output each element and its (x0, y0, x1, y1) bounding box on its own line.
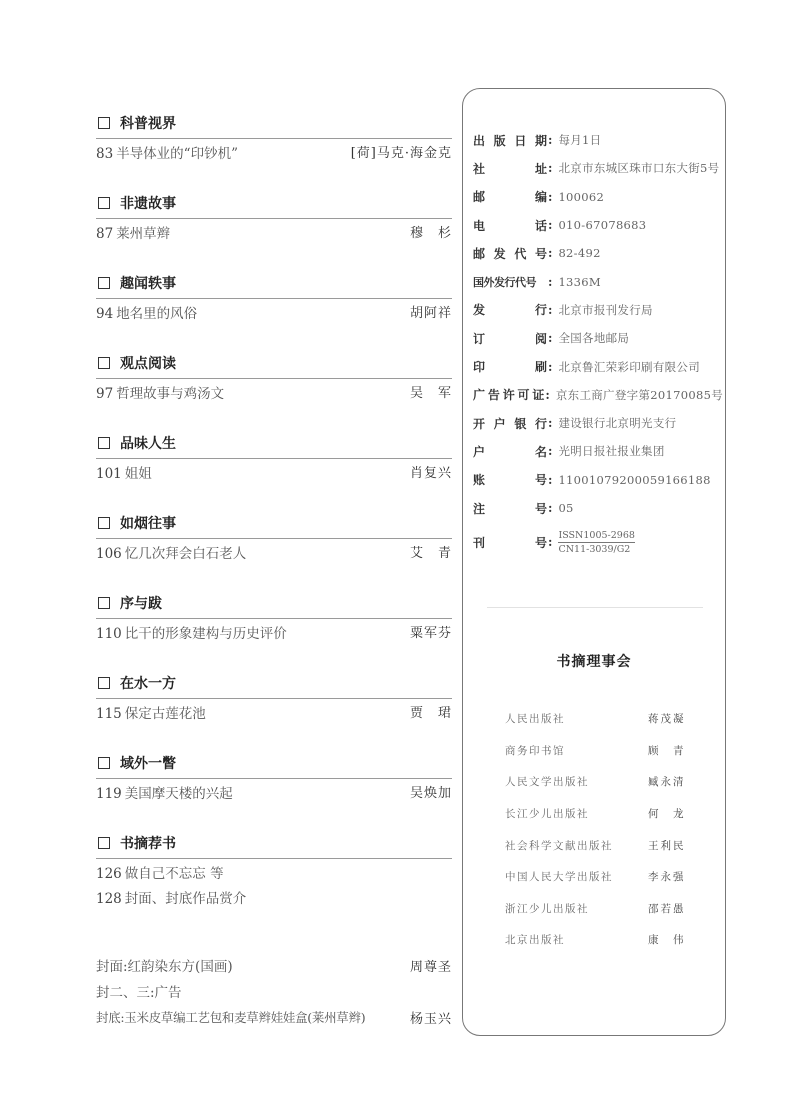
info-label-char: 址 (535, 160, 547, 177)
issn-cn-fraction: ISSN1005-2968CN11-3039/G2 (558, 530, 634, 555)
toc-section: 在水一方 115保定古莲花池贾 珺 (96, 672, 452, 724)
info-label-char: 开 (473, 415, 485, 432)
board-member-row: 北京出版社康 伟 (505, 924, 705, 956)
section-header: 在水一方 (96, 672, 452, 699)
info-colon: : (545, 388, 549, 402)
info-label-char: 邮 (473, 245, 485, 262)
toc-entry[interactable]: 101姐姐肖复兴 (96, 459, 452, 484)
table-of-contents: 科普视界 83半导体业的“印钞机”[荷]马克·海金克 非遗故事 87莱州草辫穆 … (96, 112, 452, 937)
info-label-char: 期 (535, 132, 547, 149)
board-member-row: 社会科学文献出版社王利民 (505, 829, 705, 861)
toc-section: 域外一瞥 119美国摩天楼的兴起吴焕加 (96, 752, 452, 804)
info-label: 电话 (473, 217, 547, 234)
info-label-char: 代 (514, 245, 526, 262)
entry-title: 忆几次拜会白石老人 (125, 546, 247, 562)
info-row: 账号:11001079200059166188 (473, 466, 723, 494)
info-row: 广告许可证:京东工商广登字第20170085号 (473, 381, 723, 409)
info-label-char: 订 (473, 330, 485, 347)
toc-section: 书摘荐书 126做自己不忘忘 等 128封面、封底作品赏介 (96, 832, 452, 909)
board-member-person: 王利民 (648, 838, 686, 853)
info-label-char: 户 (473, 443, 485, 460)
section-header: 品味人生 (96, 432, 452, 459)
info-label: 国外发行代号 (473, 274, 547, 290)
info-label: 邮编 (473, 188, 547, 205)
board-member-list: 人民出版社蒋茂凝商务印书馆顾 青人民文学出版社臧永清长江少儿出版社何 龙社会科学… (505, 703, 705, 956)
cover-credits: 封面:红韵染东方(国画)周尊圣 封二、三:广告 封底:玉米皮草编工艺包和麦草辫娃… (96, 952, 452, 1030)
section-title: 在水一方 (120, 673, 176, 693)
info-value: 010-67078683 (558, 218, 646, 232)
section-title: 非遗故事 (120, 193, 176, 213)
info-row: 注号:05 (473, 494, 723, 522)
section-header: 趣闻轶事 (96, 272, 452, 299)
info-label-char: 行 (535, 301, 547, 318)
info-value: 每月1日 (558, 132, 601, 148)
info-label-char: 银 (514, 415, 526, 432)
board-member-person: 顾 青 (648, 743, 686, 758)
info-row: 出版日期:每月1日 (473, 126, 723, 154)
page-number: 110 (96, 626, 122, 642)
entry-title: 姐姐 (125, 466, 152, 482)
info-label-char: 刷 (535, 358, 547, 375)
info-row: 国外发行代号:1336M (473, 267, 723, 295)
toc-entry[interactable]: 119美国摩天楼的兴起吴焕加 (96, 779, 452, 804)
info-value: 全国各地邮局 (558, 330, 629, 346)
info-colon: : (548, 275, 552, 289)
entry-author: [荷]马克·海金克 (351, 142, 452, 161)
board-member-row: 商务印书馆顾 青 (505, 735, 705, 767)
section-header: 非遗故事 (96, 192, 452, 219)
board-member-org: 浙江少儿出版社 (505, 901, 648, 916)
entry-title: 莱州草辫 (116, 226, 170, 242)
info-label-char: 账 (473, 471, 485, 488)
info-row-issn: 刊号:ISSN1005-2968CN11-3039/G2 (473, 522, 723, 562)
checkbox-square-icon (98, 277, 110, 289)
info-row: 印刷:北京鲁汇荣彩印刷有限公司 (473, 352, 723, 380)
toc-entry[interactable]: 126做自己不忘忘 等 (96, 859, 452, 884)
info-colon: : (548, 133, 552, 147)
info-colon: : (548, 360, 552, 374)
page-number: 126 (96, 866, 122, 882)
section-title: 域外一瞥 (120, 753, 176, 773)
toc-entry[interactable]: 94地名里的风俗胡阿祥 (96, 299, 452, 324)
credit-text: 封面:红韵染东方(国画) (96, 955, 233, 975)
info-row: 邮发代号:82-492 (473, 239, 723, 267)
board-member-org: 人民出版社 (505, 711, 648, 726)
entry-title: 半导体业的“印钞机” (116, 146, 238, 162)
info-label-char: 行 (535, 415, 547, 432)
info-label: 账号 (473, 471, 547, 488)
info-label-char: 话 (535, 217, 547, 234)
section-title: 趣闻轶事 (120, 273, 176, 293)
board-member-org: 长江少儿出版社 (505, 806, 648, 821)
info-label: 邮发代号 (473, 245, 547, 262)
info-label-char: 号 (535, 245, 547, 262)
board-member-org: 人民文学出版社 (505, 774, 648, 789)
info-label-char: 邮 (473, 188, 485, 205)
board-member-row: 浙江少儿出版社邵若愚 (505, 893, 705, 925)
info-value: 11001079200059166188 (558, 473, 710, 487)
toc-section: 非遗故事 87莱州草辫穆 杉 (96, 192, 452, 244)
checkbox-square-icon (98, 117, 110, 129)
entry-author: 胡阿祥 (410, 302, 452, 321)
info-label-char: 发 (494, 245, 506, 262)
toc-section: 科普视界 83半导体业的“印钞机”[荷]马克·海金克 (96, 112, 452, 164)
entry-author: 肖复兴 (410, 462, 452, 481)
credit-line: 封面:红韵染东方(国画)周尊圣 (96, 952, 452, 978)
info-label-char: 户 (494, 415, 506, 432)
info-value: 北京市报刊发行局 (558, 302, 652, 318)
info-value: 北京鲁汇荣彩印刷有限公司 (558, 359, 700, 375)
section-header: 科普视界 (96, 112, 452, 139)
info-label-char: 日 (514, 132, 526, 149)
board-member-row: 长江少儿出版社何 龙 (505, 798, 705, 830)
info-label-char: 名 (535, 443, 547, 460)
info-colon: : (548, 444, 552, 458)
info-value: 建设银行北京明光支行 (558, 415, 676, 431)
info-value: 京东工商广登字第20170085号 (556, 387, 723, 403)
checkbox-square-icon (98, 357, 110, 369)
info-label-char: 号 (535, 500, 547, 517)
info-label: 刊号 (473, 534, 547, 551)
credit-text: 封二、三:广告 (96, 981, 182, 1001)
section-title: 书摘荐书 (120, 833, 176, 853)
toc-entry[interactable]: 83半导体业的“印钞机”[荷]马克·海金克 (96, 139, 452, 164)
credit-author: 周尊圣 (410, 956, 452, 975)
info-row: 电话:010-67078683 (473, 211, 723, 239)
info-label: 户名 (473, 443, 547, 460)
info-label: 开户银行 (473, 415, 547, 432)
info-colon: : (548, 161, 552, 175)
page-number: 83 (96, 146, 113, 162)
info-label-char: 注 (473, 500, 485, 517)
info-colon: : (548, 473, 552, 487)
info-label-char: 刊 (473, 534, 485, 551)
toc-entry[interactable]: 110比干的形象建构与历史评价粟军芬 (96, 619, 452, 644)
info-label-char: 告 (488, 386, 500, 403)
page-number: 97 (96, 386, 113, 402)
info-colon: : (548, 190, 552, 204)
info-value: 05 (558, 501, 573, 515)
info-row: 邮编:100062 (473, 183, 723, 211)
section-header: 序与跋 (96, 592, 452, 619)
board-member-person: 臧永清 (648, 774, 686, 789)
info-label-char: 版 (494, 132, 506, 149)
toc-entry[interactable]: 128封面、封底作品赏介 (96, 884, 452, 909)
info-colon: : (548, 218, 552, 232)
entry-title: 哲理故事与鸡汤文 (116, 386, 224, 402)
info-row: 发行:北京市报刊发行局 (473, 296, 723, 324)
page-number: 87 (96, 226, 113, 242)
toc-section: 观点阅读 97哲理故事与鸡汤文吴 军 (96, 352, 452, 404)
entry-title: 保定古莲花池 (125, 706, 206, 722)
info-label: 广告许可证 (473, 386, 544, 403)
board-member-org: 商务印书馆 (505, 743, 648, 758)
board-title: 书摘理事会 (463, 651, 725, 671)
toc-entry[interactable]: 87莱州草辫穆 杉 (96, 219, 452, 244)
info-colon: : (548, 501, 552, 515)
section-title: 观点阅读 (120, 353, 176, 373)
info-colon: : (548, 416, 552, 430)
info-label: 印刷 (473, 358, 547, 375)
board-member-person: 康 伟 (648, 932, 686, 947)
section-header: 观点阅读 (96, 352, 452, 379)
info-row: 开户银行:建设银行北京明光支行 (473, 409, 723, 437)
info-value: 北京市东城区珠市口东大街5号 (558, 160, 719, 176)
info-label-char: 编 (535, 188, 547, 205)
info-colon: : (548, 246, 552, 260)
info-value: 1336M (558, 275, 601, 289)
board-member-org: 北京出版社 (505, 932, 648, 947)
checkbox-square-icon (98, 437, 110, 449)
info-colon: : (548, 303, 552, 317)
info-label-char: 证 (532, 386, 544, 403)
entry-author: 吴焕加 (410, 782, 452, 801)
toc-entry[interactable]: 115保定古莲花池贾 珺 (96, 699, 452, 724)
panel-divider (487, 607, 703, 608)
entry-title: 封面、封底作品赏介 (125, 891, 247, 907)
section-title: 品味人生 (120, 433, 176, 453)
info-label-char: 印 (473, 358, 485, 375)
info-row: 户名:光明日报社报业集团 (473, 437, 723, 465)
board-member-org: 中国人民大学出版社 (505, 869, 648, 884)
info-label-char: 阅 (535, 330, 547, 347)
page-number: 119 (96, 786, 122, 802)
section-header: 域外一瞥 (96, 752, 452, 779)
page-number: 128 (96, 891, 122, 907)
info-label-char: 广 (473, 386, 485, 403)
credit-author: 杨玉兴 (410, 1008, 452, 1027)
entry-author: 粟军芬 (410, 622, 452, 641)
board-member-person: 李永强 (648, 869, 686, 884)
checkbox-square-icon (98, 597, 110, 609)
entry-title: 地名里的风俗 (116, 306, 197, 322)
section-header: 如烟往事 (96, 512, 452, 539)
credit-line: 封二、三:广告 (96, 978, 452, 1004)
board-member-person: 蒋茂凝 (648, 711, 686, 726)
checkbox-square-icon (98, 677, 110, 689)
publication-info-list: 出版日期:每月1日社址:北京市东城区珠市口东大街5号邮编:100062电话:01… (473, 126, 723, 562)
info-label: 发行 (473, 301, 547, 318)
toc-section: 趣闻轶事 94地名里的风俗胡阿祥 (96, 272, 452, 324)
info-label-char: 发 (473, 301, 485, 318)
section-title: 科普视界 (120, 113, 176, 133)
issn-number: ISSN1005-2968 (558, 530, 634, 543)
section-title: 如烟往事 (120, 513, 176, 533)
board-member-person: 何 龙 (648, 806, 686, 821)
credit-line: 封底:玉米皮草编工艺包和麦草辫娃娃盒(莱州草辫)杨玉兴 (96, 1004, 452, 1030)
entry-title: 做自己不忘忘 等 (125, 866, 224, 882)
info-label: 出版日期 (473, 132, 547, 149)
board-member-row: 中国人民大学出版社李永强 (505, 861, 705, 893)
info-label-char: 可 (518, 386, 530, 403)
info-value: 光明日报社报业集团 (558, 443, 664, 459)
toc-section: 序与跋 110比干的形象建构与历史评价粟军芬 (96, 592, 452, 644)
checkbox-square-icon (98, 517, 110, 529)
credit-text: 封底:玉米皮草编工艺包和麦草辫娃娃盒(莱州草辫) (96, 1008, 365, 1026)
entry-author: 艾 青 (410, 542, 452, 561)
info-value: 82-492 (558, 246, 600, 260)
info-label-char: 号 (535, 534, 547, 551)
entry-title: 比干的形象建构与历史评价 (125, 626, 287, 642)
cn-number: CN11-3039/G2 (558, 543, 634, 555)
publication-info-panel: 出版日期:每月1日社址:北京市东城区珠市口东大街5号邮编:100062电话:01… (462, 88, 726, 1036)
entry-author: 穆 杉 (410, 222, 452, 241)
info-value: 100062 (558, 190, 604, 204)
info-label-char: 出 (473, 132, 485, 149)
info-label: 注号 (473, 500, 547, 517)
entry-author: 贾 珺 (410, 702, 452, 721)
checkbox-square-icon (98, 757, 110, 769)
section-title: 序与跋 (120, 593, 162, 613)
board-member-person: 邵若愚 (648, 901, 686, 916)
info-label: 社址 (473, 160, 547, 177)
info-label-char: 号 (535, 471, 547, 488)
info-row: 订阅:全国各地邮局 (473, 324, 723, 352)
board-member-row: 人民出版社蒋茂凝 (505, 703, 705, 735)
info-label-char: 国外发行代号 (473, 274, 536, 290)
toc-entry[interactable]: 106忆几次拜会白石老人艾 青 (96, 539, 452, 564)
toc-section: 品味人生 101姐姐肖复兴 (96, 432, 452, 484)
info-row: 社址:北京市东城区珠市口东大街5号 (473, 154, 723, 182)
page-number: 94 (96, 306, 113, 322)
info-label-char: 电 (473, 217, 485, 234)
board-member-row: 人民文学出版社臧永清 (505, 766, 705, 798)
checkbox-square-icon (98, 837, 110, 849)
info-label-char: 许 (503, 386, 515, 403)
info-label: 订阅 (473, 330, 547, 347)
section-header: 书摘荐书 (96, 832, 452, 859)
toc-entry[interactable]: 97哲理故事与鸡汤文吴 军 (96, 379, 452, 404)
page-number: 101 (96, 466, 122, 482)
board-member-org: 社会科学文献出版社 (505, 838, 648, 853)
info-label-char: 社 (473, 160, 485, 177)
checkbox-square-icon (98, 197, 110, 209)
entry-author: 吴 军 (410, 382, 452, 401)
page-number: 115 (96, 706, 122, 722)
toc-section: 如烟往事 106忆几次拜会白石老人艾 青 (96, 512, 452, 564)
info-colon: : (548, 331, 552, 345)
page-number: 106 (96, 546, 122, 562)
entry-title: 美国摩天楼的兴起 (125, 786, 233, 802)
info-colon: : (548, 535, 552, 549)
